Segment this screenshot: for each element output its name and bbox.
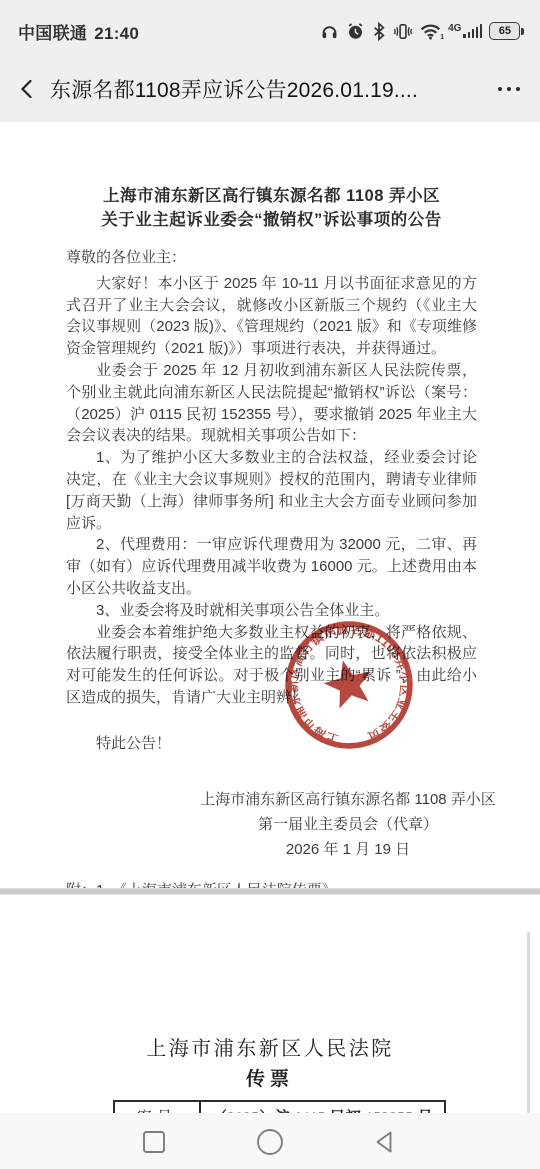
page-divider (0, 888, 540, 895)
attachment-line-1: 附：1、《上海市浦东新区人民法院传票》 (66, 880, 477, 888)
phone-screen: 中国联通21:40 1 (0, 0, 540, 1169)
court-name: 上海市浦东新区人民法院 (0, 1032, 540, 1061)
app-header: 东源名都1108弄应诉公告2026.01.19.... (0, 56, 540, 122)
top-bar-zone: 中国联通21:40 1 (0, 0, 540, 122)
wifi-number-badge: 1 (440, 34, 444, 41)
recents-square-icon (141, 1129, 167, 1155)
announcement-title-line1: 上海市浦东新区高行镇东源名都 1108 弄小区 (66, 184, 477, 208)
signal-4g-icon: 4G (448, 24, 482, 38)
paragraph-2: 业委会于 2025 年 12 月初收到浦东新区人民法院传票，个别业主就此向浦东新… (66, 360, 477, 447)
summons-heading: 传票 (0, 1064, 540, 1091)
salutation: 尊敬的各位业主： (66, 247, 477, 269)
signature-committee-line: 第一届业主委员会（代章） (183, 812, 513, 837)
headphones-icon (320, 22, 339, 41)
paragraph-4: 2、代理费用：一审应诉代理费用为 32000 元，二审、再审（如有）应诉代理费用… (66, 534, 477, 599)
dot (507, 87, 512, 92)
alarm-icon (346, 22, 365, 41)
chevron-left-icon (16, 77, 38, 101)
signature-date: 2026 年 1 月 19 日 (183, 837, 513, 862)
paragraph-5: 3、业委会将及时就相关事项公告全体业主。 (66, 600, 477, 622)
android-nav-bar (0, 1113, 540, 1169)
more-options-button[interactable] (494, 77, 525, 102)
wifi-icon: 1 (420, 23, 441, 40)
status-bar: 中国联通21:40 1 (0, 0, 540, 56)
paragraph-1: 大家好！本小区于 2025 年 10-11 月以书面征求意见的方式召开了业主大会… (66, 273, 477, 360)
paragraph-3: 1、为了维护小区大多数业主的合法权益，经业委会讨论决定，在《业主大会议事规则》授… (66, 447, 477, 534)
announcement-title-line2: 关于业主起诉业委会“撤销权”诉讼事项的公告 (66, 208, 477, 232)
battery-nub (521, 28, 524, 35)
document-title: 东源名都1108弄应诉公告2026.01.19.... (50, 74, 494, 104)
signature-org-line: 上海市浦东新区高行镇东源名都 1108 弄小区 (183, 787, 513, 812)
clock-label: 21:40 (94, 24, 139, 43)
network-type-label: 4G (448, 24, 461, 34)
battery-percent: 65 (489, 22, 520, 40)
back-nav-button[interactable] (370, 1127, 400, 1157)
bluetooth-icon (372, 22, 386, 41)
home-button[interactable] (255, 1127, 285, 1157)
page-1-announcement: 上海市浦东新区高行镇东源名都 1108 弄小区 关于业主起诉业委会“撤销权”诉讼… (0, 122, 540, 888)
closing-statement: 特此公告！ (66, 733, 477, 755)
carrier-label: 中国联通 (18, 24, 87, 43)
scrollbar[interactable] (527, 932, 530, 1113)
back-button[interactable] (16, 69, 50, 109)
carrier-and-time: 中国联通21:40 (18, 19, 146, 44)
signature-block: 上海市浦东新区高行镇东源名都 1108 弄小区 第一届业主委员会（代章） 202… (183, 787, 513, 862)
battery-icon: 65 (489, 22, 524, 40)
recents-button[interactable] (139, 1127, 169, 1157)
home-circle-icon (255, 1127, 285, 1157)
back-triangle-icon (372, 1129, 398, 1155)
dot (498, 87, 503, 92)
paragraph-6: 业委会本着维护绝大多数业主权益的初衷，将严格依规、依法履行职责，接受全体业主的监… (66, 622, 477, 709)
dot (516, 87, 521, 92)
vibrate-icon (393, 22, 413, 41)
signal-bars (463, 24, 482, 38)
status-icons: 1 4G 65 (320, 22, 524, 41)
